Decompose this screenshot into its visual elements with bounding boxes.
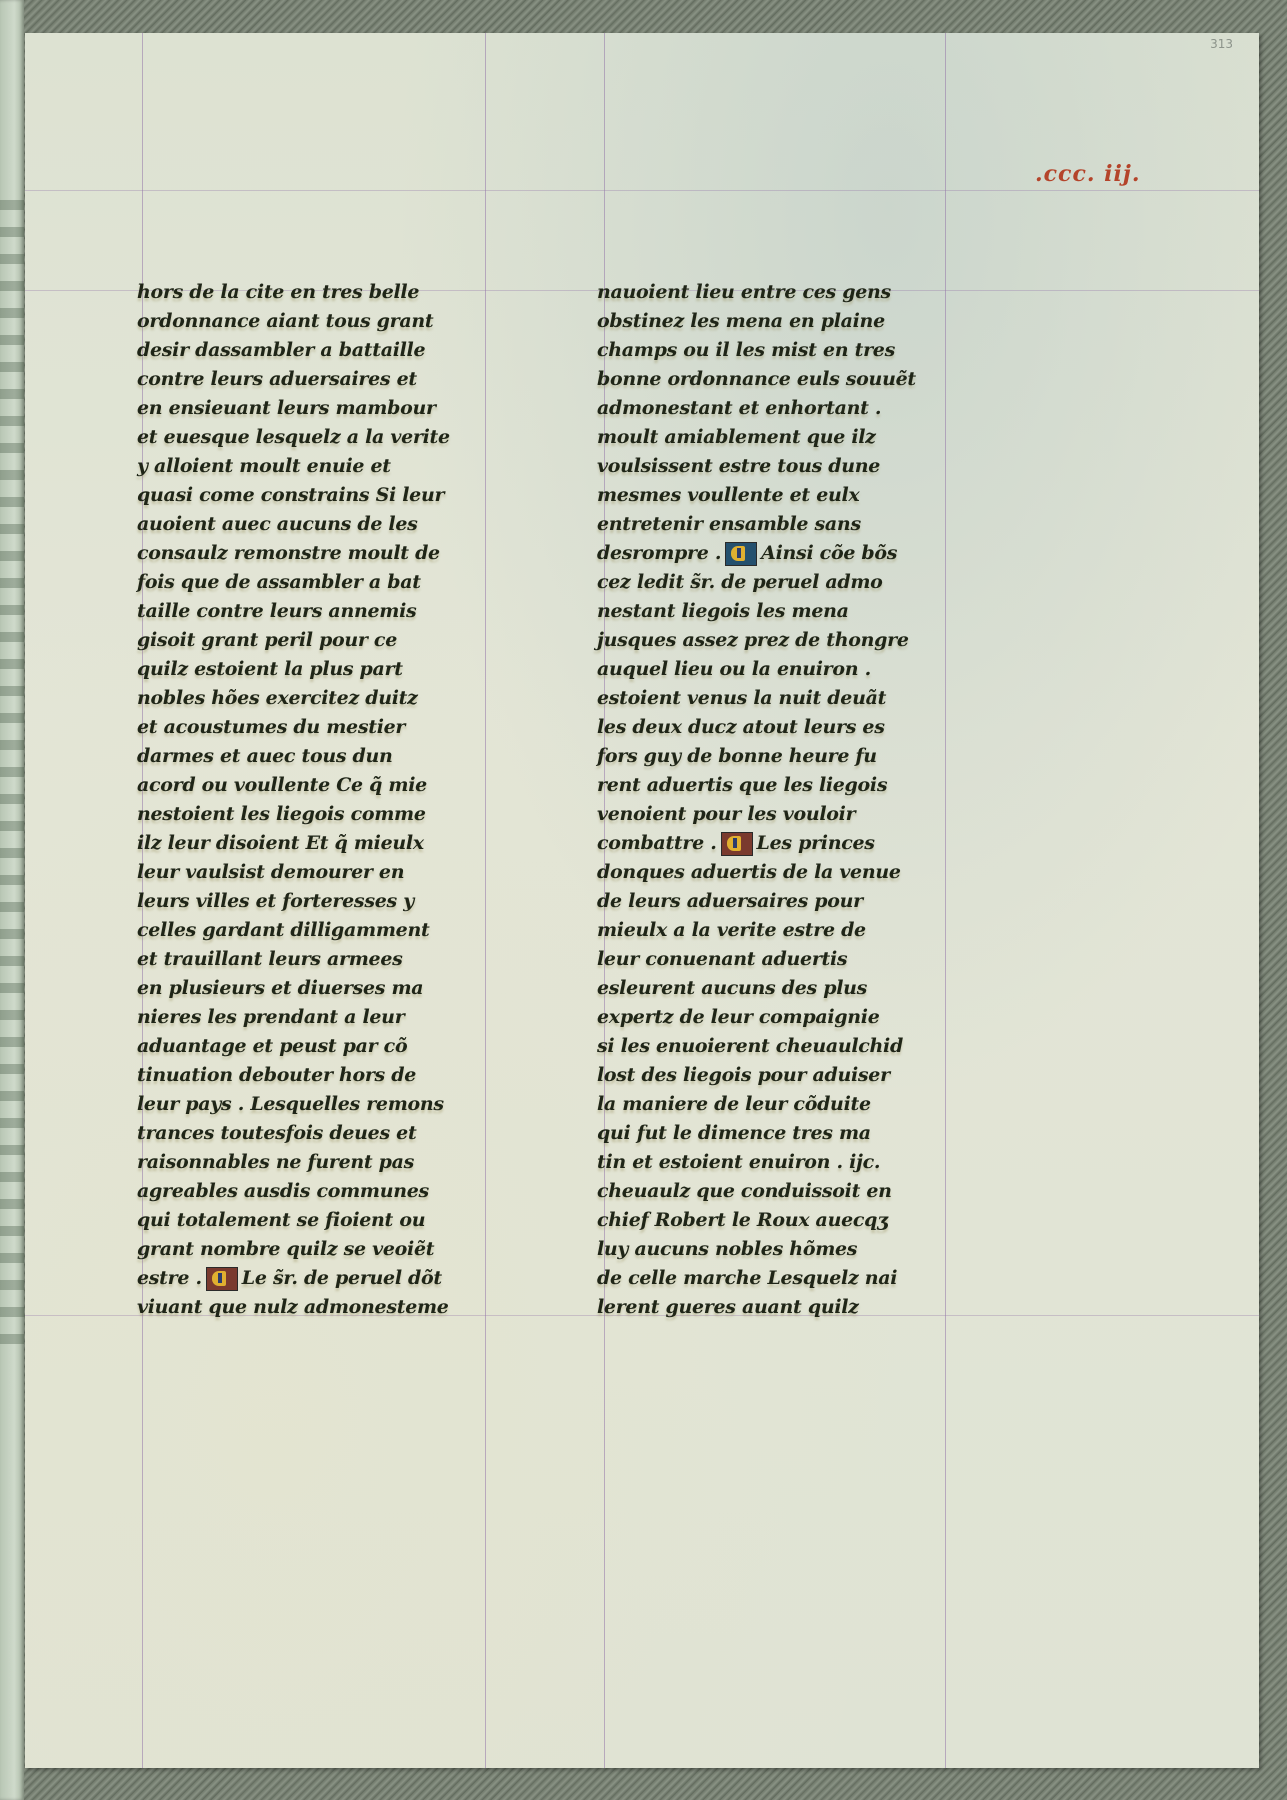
text-line: la maniere de leur cõduite bbox=[597, 1090, 957, 1119]
text-line: combattre .Les princes bbox=[597, 829, 957, 858]
text-line: estoient venus la nuit deuãt bbox=[597, 684, 957, 713]
text-line: leur vaulsist demourer en bbox=[137, 858, 497, 887]
illuminated-initial-icon bbox=[725, 542, 757, 566]
text-line: quasi come constrains Si leur bbox=[137, 481, 497, 510]
text-line: aduantage et peust par cõ bbox=[137, 1032, 497, 1061]
text-line: esleurent aucuns des plus bbox=[597, 974, 957, 1003]
text-line: qui fut le dimence tres ma bbox=[597, 1119, 957, 1148]
text-line: leurs villes et forteresses y bbox=[137, 887, 497, 916]
text-line: desrompre .Ainsi cõe bõs bbox=[597, 539, 957, 568]
text-line: nauoient lieu entre ces gens bbox=[597, 278, 957, 307]
text-line: cheuaulz que conduissoit en bbox=[597, 1177, 957, 1206]
text-line: mesmes voullente et eulx bbox=[597, 481, 957, 510]
text-line: agreables ausdis communes bbox=[137, 1177, 497, 1206]
text-line: tinuation debouter hors de bbox=[137, 1061, 497, 1090]
text-line: voulsissent estre tous dune bbox=[597, 452, 957, 481]
text-line: bonne ordonnance euls souuẽt bbox=[597, 365, 957, 394]
text-line: darmes et auec tous dun bbox=[137, 742, 497, 771]
text-line: les deux ducz atout leurs es bbox=[597, 713, 957, 742]
text-line: et trauillant leurs armees bbox=[137, 945, 497, 974]
text-line: gisoit grant peril pour ce bbox=[137, 626, 497, 655]
text-line: contre leurs aduersaires et bbox=[137, 365, 497, 394]
text-line: cez ledit s̃r. de peruel admo bbox=[597, 568, 957, 597]
text-line: moult amiablement que ilz bbox=[597, 423, 957, 452]
text-line: mieulx a la verite estre de bbox=[597, 916, 957, 945]
text-line: de leurs aduersaires pour bbox=[597, 887, 957, 916]
illuminated-initial-icon bbox=[206, 1267, 238, 1291]
text-line: hors de la cite en tres belle bbox=[137, 278, 497, 307]
text-line: rent aduertis que les liegois bbox=[597, 771, 957, 800]
text-line: estre .Le s̃r. de peruel dõt bbox=[137, 1264, 497, 1293]
folio-number: 313 bbox=[1210, 37, 1233, 51]
text-line: et acoustumes du mestier bbox=[137, 713, 497, 742]
text-line: expertz de leur compaignie bbox=[597, 1003, 957, 1032]
text-line: consaulz remonstre moult de bbox=[137, 539, 497, 568]
text-line: desir dassambler a battaille bbox=[137, 336, 497, 365]
text-line: acord ou voullente Ce q̃ mie bbox=[137, 771, 497, 800]
text-line: en plusieurs et diuerses ma bbox=[137, 974, 497, 1003]
text-line: champs ou il les mist en tres bbox=[597, 336, 957, 365]
text-line: donques aduertis de la venue bbox=[597, 858, 957, 887]
text-line: admonestant et enhortant . bbox=[597, 394, 957, 423]
text-line: luy aucuns nobles hõmes bbox=[597, 1235, 957, 1264]
text-line: taille contre leurs annemis bbox=[137, 597, 497, 626]
text-line: ordonnance aiant tous grant bbox=[137, 307, 497, 336]
text-line: viuant que nulz admonesteme bbox=[137, 1293, 497, 1322]
text-line: trances toutesfois deues et bbox=[137, 1119, 497, 1148]
text-line: si les enuoierent cheuaulchid bbox=[597, 1032, 957, 1061]
text-line: fors guy de bonne heure fu bbox=[597, 742, 957, 771]
text-line: raisonnables ne furent pas bbox=[137, 1148, 497, 1177]
text-line: fois que de assambler a bat bbox=[137, 568, 497, 597]
text-line: celles gardant dilligamment bbox=[137, 916, 497, 945]
text-line: qui totalement se fioient ou bbox=[137, 1206, 497, 1235]
text-line: en ensieuant leurs mambour bbox=[137, 394, 497, 423]
text-line: tin et estoient enuiron . ijc. bbox=[597, 1148, 957, 1177]
text-line: ilz leur disoient Et q̃ mieulx bbox=[137, 829, 497, 858]
manuscript-leaf: 313 .ccc. iij. hors de la cite en tres b… bbox=[25, 33, 1259, 1768]
text-line: grant nombre quilz se veoiẽt bbox=[137, 1235, 497, 1264]
text-line: et euesque lesquelz a la verite bbox=[137, 423, 497, 452]
text-line: nestant liegois les mena bbox=[597, 597, 957, 626]
text-line: nestoient les liegois comme bbox=[137, 800, 497, 829]
text-line: nobles hões exercitez duitz bbox=[137, 684, 497, 713]
ruling-top-1 bbox=[25, 190, 1259, 191]
text-line: auoient auec aucuns de les bbox=[137, 510, 497, 539]
text-line: de celle marche Lesquelz nai bbox=[597, 1264, 957, 1293]
text-line: chief Robert le Roux auecqʒ bbox=[597, 1206, 957, 1235]
text-line: y alloient moult enuie et bbox=[137, 452, 497, 481]
text-line: obstinez les mena en plaine bbox=[597, 307, 957, 336]
text-line: lost des liegois pour aduiser bbox=[597, 1061, 957, 1090]
text-column-right: nauoient lieu entre ces gensobstinez les… bbox=[597, 278, 957, 1322]
text-line: quilz estoient la plus part bbox=[137, 655, 497, 684]
running-head-rubric: .ccc. iij. bbox=[1035, 161, 1141, 187]
text-line: jusques assez prez de thongre bbox=[597, 626, 957, 655]
text-line: auquel lieu ou la enuiron . bbox=[597, 655, 957, 684]
text-column-left: hors de la cite en tres belleordonnance … bbox=[137, 278, 497, 1322]
text-line: nieres les prendant a leur bbox=[137, 1003, 497, 1032]
text-line: entretenir ensamble sans bbox=[597, 510, 957, 539]
text-line: leur conuenant aduertis bbox=[597, 945, 957, 974]
facing-page-text-bleed bbox=[0, 200, 24, 1350]
text-line: leur pays . Lesquelles remons bbox=[137, 1090, 497, 1119]
text-line: venoient pour les vouloir bbox=[597, 800, 957, 829]
illuminated-initial-icon bbox=[721, 832, 753, 856]
facing-page-edge bbox=[0, 0, 24, 1800]
text-line: lerent gueres auant quilz bbox=[597, 1293, 957, 1322]
